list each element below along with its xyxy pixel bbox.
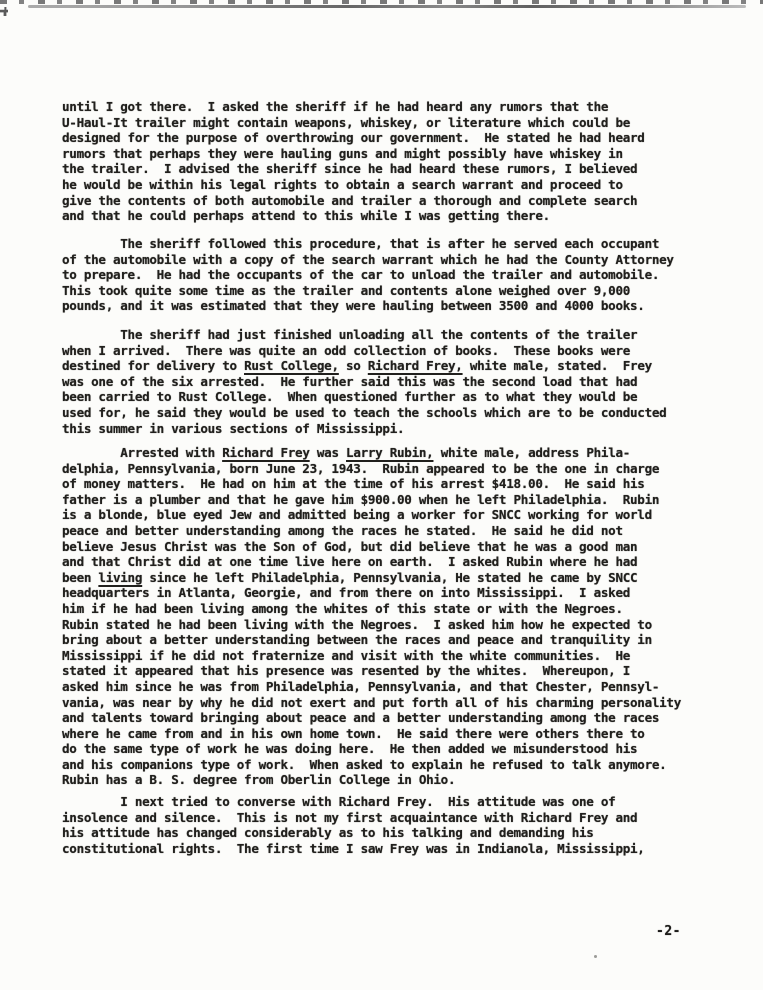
- scan-artifact-dashes: [0, 0, 763, 4]
- scan-artifact-streak: [28, 5, 746, 8]
- body-paragraph-3: The sheriff had just finished unloading …: [62, 327, 752, 436]
- scan-speck: [594, 955, 597, 958]
- body-paragraph-1: until I got there. I asked the sheriff i…: [62, 99, 752, 224]
- page-number: -2-: [656, 924, 681, 939]
- document-page: until I got there. I asked the sheriff i…: [0, 0, 763, 990]
- body-paragraph-2: The sheriff followed this procedure, tha…: [62, 236, 752, 314]
- scan-artifact-corner-mark: [0, 7, 8, 16]
- body-paragraph-5: I next tried to converse with Richard Fr…: [62, 794, 752, 856]
- body-paragraph-4: Arrested with Richard Frey was Larry Rub…: [62, 445, 752, 788]
